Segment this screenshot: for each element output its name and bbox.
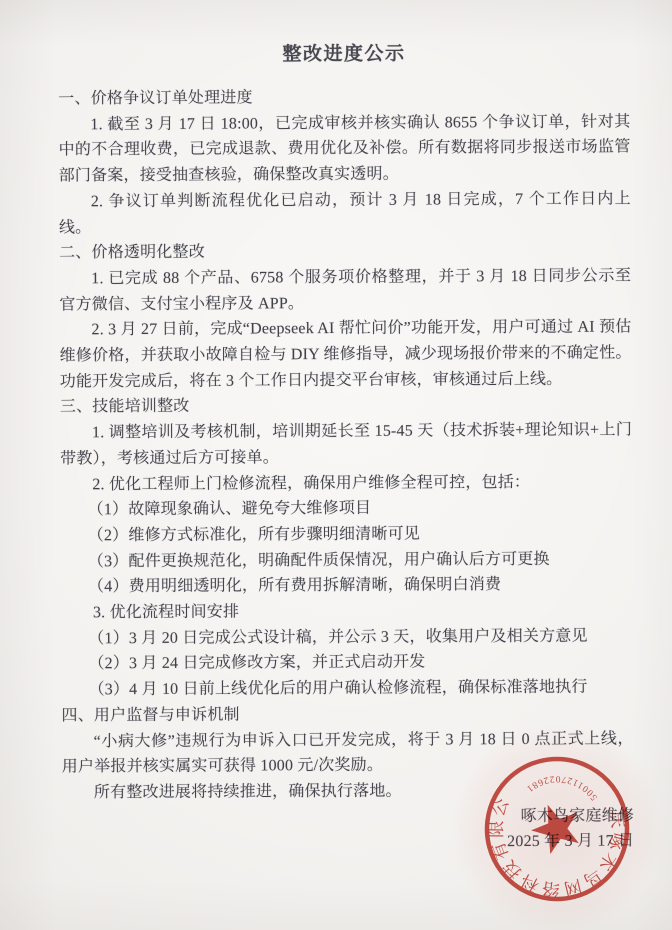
paragraph: 1. 调整培训及考核机制，培训期延长至 15-45 天（技术拆装+理论知识+上门… [60, 418, 632, 472]
list-item: （2）维修方式标准化，所有步骤明细清晰可见 [60, 520, 632, 549]
list-item: （1）故障现象确认、避免夸大维修项目 [60, 495, 632, 524]
section-heading: 四、用户监督与申诉机制 [61, 700, 633, 729]
list-item: （3）配件更换规范化，明确配件质保情况，用户确认后方可更换 [61, 546, 633, 575]
signature-date: 2025 年 3 月 17 日 [62, 829, 634, 858]
paragraph: 所有整改进展将持续推进，确保执行落地。 [62, 777, 634, 806]
section-heading: 二、价格透明化整改 [59, 238, 631, 267]
paragraph: 1. 截至 3 月 17 日 18:00，已完成审核并核实确认 8655 个争议… [58, 109, 630, 189]
paragraph: 2. 优化工程师上门检修流程，确保用户维修全程可控，包括： [60, 469, 632, 498]
signature-company: 啄木鸟家庭维修 [62, 803, 634, 832]
section-heading: 三、技能培训整改 [60, 392, 632, 421]
page-title: 整改进度公示 [58, 40, 630, 69]
list-item: （1）3 月 20 日完成公式设计稿，并公示 3 天，收集用户及相关方意见 [61, 623, 633, 652]
notice-sheet: 整改进度公示 一、价格争议订单处理进度 1. 截至 3 月 17 日 18:00… [0, 0, 672, 858]
list-item: （2）3 月 24 日完成修改方案，并正式启动开发 [61, 649, 633, 678]
paragraph: 1. 已完成 88 个产品、6758 个服务项价格整理，并于 3 月 18 日同… [59, 263, 631, 317]
paragraph: 3. 优化流程时间安排 [61, 598, 633, 627]
paragraph: 2. 3 月 27 日前，完成“Deepseek AI 帮忙问价”功能开发，用户… [59, 315, 631, 395]
list-item: （3）4 月 10 日前上线优化后的用户确认检修流程，确保标准落地执行 [61, 675, 633, 704]
section-heading: 一、价格争议订单处理进度 [58, 83, 630, 112]
photo-of-notice: 整改进度公示 一、价格争议订单处理进度 1. 截至 3 月 17 日 18:00… [0, 0, 672, 930]
paragraph: 2. 争议订单判断流程优化已启动，预计 3 月 18 日完成，7 个工作日内上线… [59, 186, 631, 240]
notice-body: 一、价格争议订单处理进度 1. 截至 3 月 17 日 18:00，已完成审核并… [58, 83, 634, 806]
paragraph: “小病大修”违规行为申诉入口已开发完成，将于 3 月 18 日 0 点正式上线，… [62, 726, 634, 780]
list-item: （4）费用明细透明化，所有费用拆解清晰，确保明白消费 [61, 572, 633, 601]
